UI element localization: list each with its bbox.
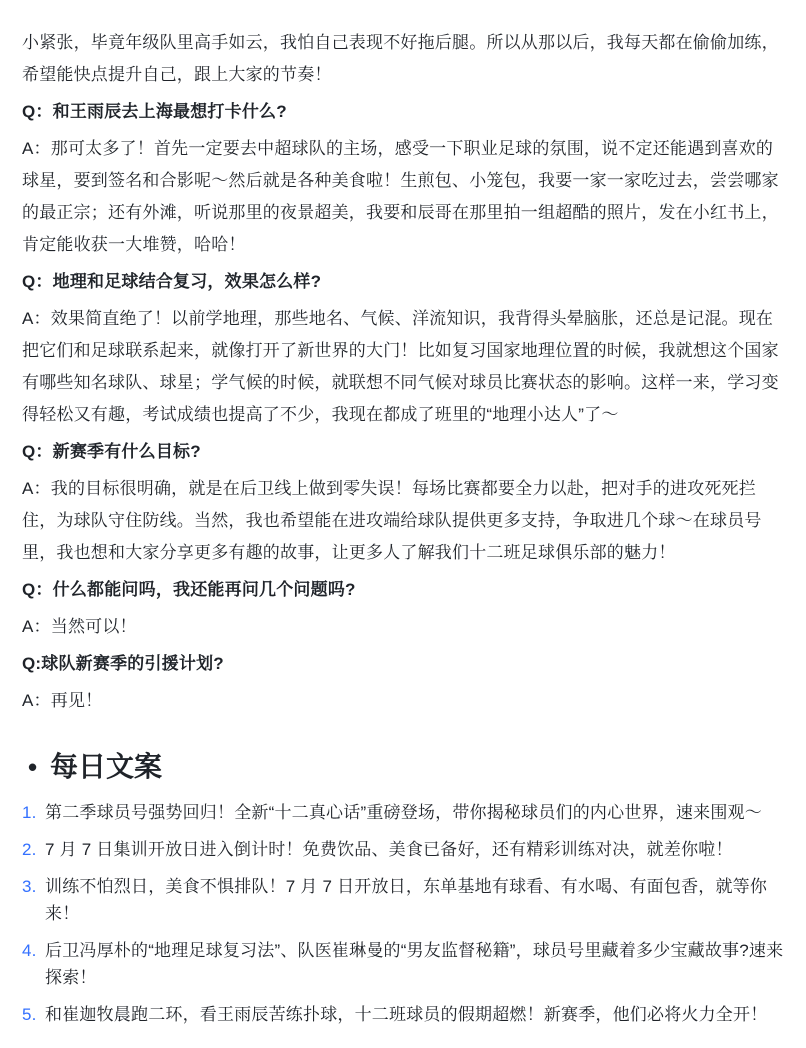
question-heading-5: Q:球队新赛季的引援计划?: [22, 648, 784, 680]
list-item-number: 2.: [22, 836, 45, 863]
question-heading-1: Q：和王雨辰去上海最想打卡什么?: [22, 96, 784, 128]
list-item-text: 训练不怕烈日，美食不惧排队！7 月 7 日开放日，东单基地有球看、有水喝、有面包…: [45, 873, 784, 927]
intro-paragraph: 小紧张，毕竟年级队里高手如云，我怕自己表现不好拖后腿。所以从那以后，我每天都在偷…: [22, 27, 784, 91]
answer-paragraph-2: A：效果简直绝了！以前学地理，那些地名、气候、洋流知识，我背得头晕脑胀，还总是记…: [22, 303, 784, 431]
bullet-marker-icon: •: [22, 745, 50, 789]
answer-paragraph-4: A：当然可以！: [22, 611, 784, 643]
list-item: 1. 第二季球员号强势回归！全新“十二真心话”重磅登场，带你揭秘球员们的内心世界…: [22, 799, 784, 826]
document-page: 小紧张，毕竟年级队里高手如云，我怕自己表现不好拖后腿。所以从那以后，我每天都在偷…: [0, 0, 806, 1048]
list-item: 5. 和崔迦牧晨跑二环，看王雨辰苦练扑球，十二班球员的假期超燃！新赛季，他们必将…: [22, 1001, 784, 1028]
answer-paragraph-5: A：再见！: [22, 685, 784, 717]
list-item-number: 5.: [22, 1001, 45, 1028]
list-item: 3. 训练不怕烈日，美食不惧排队！7 月 7 日开放日，东单基地有球看、有水喝、…: [22, 873, 784, 927]
list-item-text: 第二季球员号强势回归！全新“十二真心话”重磅登场，带你揭秘球员们的内心世界，速来…: [45, 799, 784, 826]
list-item-text: 后卫冯厚朴的“地理足球复习法”、队医崔琳曼的“男友监督秘籍”，球员号里藏着多少宝…: [45, 937, 784, 991]
list-item-text: 和崔迦牧晨跑二环，看王雨辰苦练扑球，十二班球员的假期超燃！新赛季，他们必将火力全…: [45, 1001, 784, 1028]
daily-copy-heading: • 每日文案: [22, 745, 784, 789]
list-item-number: 3.: [22, 873, 45, 900]
list-item: 2. 7 月 7 日集训开放日进入倒计时！免费饮品、美食已备好，还有精彩训练对决…: [22, 836, 784, 863]
list-item-number: 4.: [22, 937, 45, 964]
question-heading-4: Q：什么都能问吗，我还能再问几个问题吗?: [22, 574, 784, 606]
list-item: 4. 后卫冯厚朴的“地理足球复习法”、队医崔琳曼的“男友监督秘籍”，球员号里藏着…: [22, 937, 784, 991]
answer-paragraph-1: A：那可太多了！首先一定要去中超球队的主场，感受一下职业足球的氛围，说不定还能遇…: [22, 133, 784, 261]
list-item-text: 7 月 7 日集训开放日进入倒计时！免费饮品、美食已备好，还有精彩训练对决，就差…: [45, 836, 784, 863]
list-item-number: 1.: [22, 799, 45, 826]
question-heading-3: Q：新赛季有什么目标?: [22, 436, 784, 468]
answer-paragraph-3: A：我的目标很明确，就是在后卫线上做到零失误！每场比赛都要全力以赴，把对手的进攻…: [22, 473, 784, 569]
daily-copy-title: 每日文案: [50, 745, 162, 789]
question-heading-2: Q：地理和足球结合复习，效果怎么样?: [22, 266, 784, 298]
daily-copy-list: 1. 第二季球员号强势回归！全新“十二真心话”重磅登场，带你揭秘球员们的内心世界…: [22, 799, 784, 1028]
